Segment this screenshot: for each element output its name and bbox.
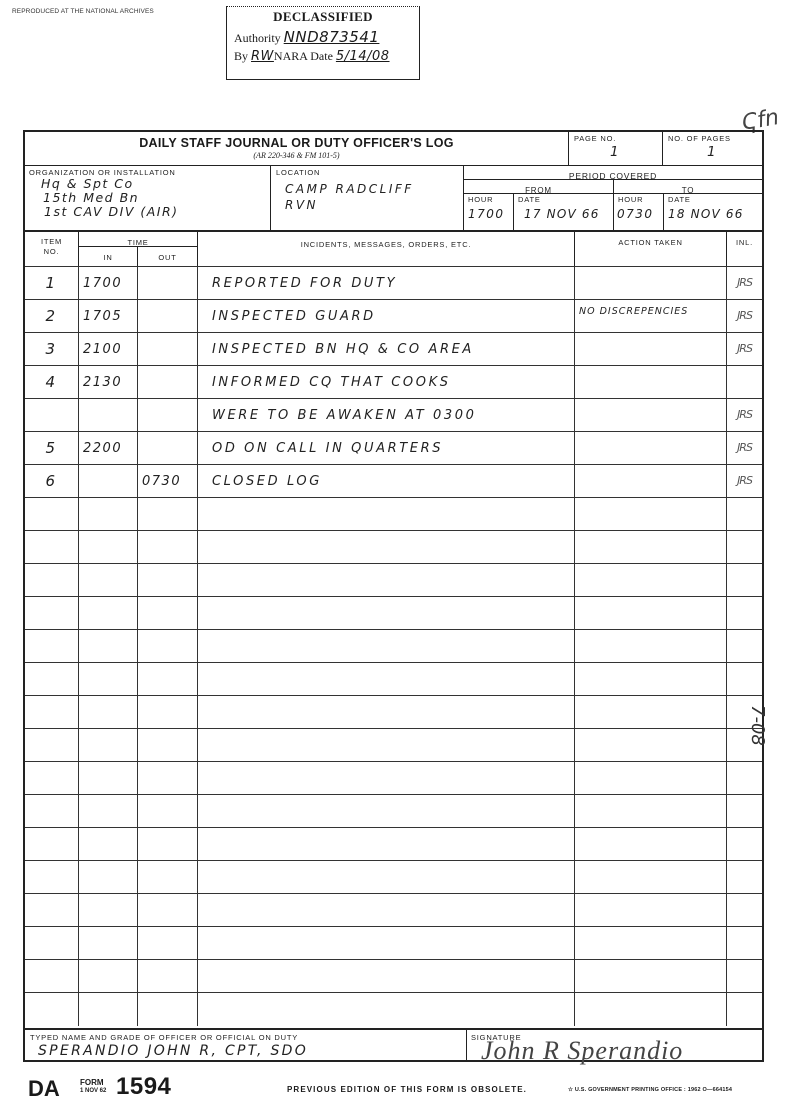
stamp-nara-label: NARA Date [274, 49, 333, 63]
cell-incident-text: INSPECTED BN HQ & CO AREA [212, 342, 474, 357]
cell-item-no [25, 762, 79, 795]
from-header: FROM [464, 180, 614, 194]
col-incidents-label: INCIDENTS, MESSAGES, ORDERS, ETC. [301, 240, 472, 249]
form-number: 1594 [116, 1073, 171, 1101]
cell-initials [727, 828, 762, 861]
declassified-stamp: DECLASSIFIED Authority NND873541 By RWNA… [226, 6, 420, 80]
table-row: 32100INSPECTED BN HQ & CO AREAJRS [25, 332, 762, 365]
cell-item-no [25, 498, 79, 531]
table-row [25, 563, 762, 596]
cell-time-in: 1700 [79, 267, 138, 300]
form-title: DAILY STAFF JOURNAL OR DUTY OFFICER'S LO… [25, 136, 568, 150]
cell-item-no: 1 [25, 267, 79, 300]
cell-incident [198, 663, 575, 696]
cell-time-out [138, 729, 198, 762]
table-row [25, 530, 762, 563]
cell-incident-text: INFORMED CQ THAT COOKS [212, 375, 451, 390]
organization-line: 1st CAV DIV (AIR) [44, 205, 270, 219]
cell-time-out [138, 366, 198, 399]
from-date-label: DATE [518, 195, 613, 204]
cell-action [575, 333, 727, 366]
period-covered-header: PERIOD COVERED [464, 166, 762, 180]
table-row [25, 497, 762, 530]
cell-initials: JRS [727, 465, 762, 498]
cell-action-text: NO DISCREPENCIES [579, 306, 688, 317]
to-hour-value: 0730 [617, 207, 663, 221]
stamp-date-value: 5/14/08 [336, 49, 390, 64]
form-subtitle: (AR 220-346 & FM 101-5) [25, 151, 568, 160]
cell-action [575, 828, 727, 861]
cell-incident-text: REPORTED FOR DUTY [212, 276, 397, 291]
table-row: WERE TO BE AWAKEN AT 0300JRS [25, 398, 762, 431]
cell-initials [727, 531, 762, 564]
col-out-label: OUT [158, 253, 176, 262]
cell-time-in [79, 465, 138, 498]
cell-item-no [25, 399, 79, 432]
cell-initials [727, 630, 762, 663]
cell-time-in: 2130 [79, 366, 138, 399]
table-row [25, 761, 762, 794]
no-of-pages-cell: NO. OF PAGES 1 [663, 132, 762, 166]
signature-value: John R Sperandio [481, 1036, 683, 1066]
cell-time-out [138, 564, 198, 597]
cell-action [575, 894, 727, 927]
cell-incident-text: WERE TO BE AWAKEN AT 0300 [212, 408, 476, 423]
cell-time-out [138, 333, 198, 366]
cell-item-no [25, 894, 79, 927]
organization-line: 15th Med Bn [43, 191, 270, 205]
cell-time-in-text: 1700 [83, 276, 122, 291]
cell-item-no-text: 2 [25, 307, 78, 325]
cell-item-no [25, 531, 79, 564]
col-action-label: ACTION TAKEN [618, 238, 682, 247]
from-date-cell: DATE 17 NOV 66 [514, 194, 614, 230]
cell-action [575, 267, 727, 300]
cell-incident: INFORMED CQ THAT COOKS [198, 366, 575, 399]
cell-time-in [79, 729, 138, 762]
table-row: 52200OD ON CALL IN QUARTERSJRS [25, 431, 762, 464]
cell-time-in [79, 630, 138, 663]
cell-time-out [138, 960, 198, 993]
cell-time-out [138, 894, 198, 927]
col-out: OUT [138, 247, 198, 266]
cell-item-no-text: 1 [25, 274, 78, 292]
form-word: FORM [80, 1079, 106, 1087]
page-no-value: 1 [569, 144, 662, 160]
archive-note: REPRODUCED AT THE NATIONAL ARCHIVES [12, 8, 154, 15]
obsolete-note: PREVIOUS EDITION OF THIS FORM IS OBSOLET… [287, 1085, 527, 1094]
cell-time-in: 1705 [79, 300, 138, 333]
cell-action [575, 432, 727, 465]
cell-initials: JRS [727, 333, 762, 366]
cell-initials [727, 597, 762, 630]
cell-time-in [79, 663, 138, 696]
cell-initials [727, 861, 762, 894]
location-cell: LOCATION CAMP RADCLIFF RVN [271, 166, 464, 230]
stamp-by-value: RW [251, 49, 274, 64]
cell-incident [198, 729, 575, 762]
cell-time-out [138, 300, 198, 333]
cell-item-no [25, 630, 79, 663]
cell-time-in-text: 2100 [83, 342, 122, 357]
cell-time-in [79, 960, 138, 993]
cell-initials: JRS [727, 399, 762, 432]
table-row [25, 893, 762, 926]
cell-incident: INSPECTED BN HQ & CO AREA [198, 333, 575, 366]
to-hour-cell: HOUR 0730 [614, 194, 664, 230]
cell-time-out [138, 498, 198, 531]
no-of-pages-label: NO. OF PAGES [668, 134, 762, 143]
cell-incident [198, 828, 575, 861]
cell-item-no: 4 [25, 366, 79, 399]
cell-item-no [25, 597, 79, 630]
cell-time-in [79, 828, 138, 861]
cell-incident: WERE TO BE AWAKEN AT 0300 [198, 399, 575, 432]
cell-action: NO DISCREPENCIES [575, 300, 727, 333]
table-row [25, 695, 762, 728]
cell-time-in [79, 498, 138, 531]
cell-initials-text: JRS [727, 441, 762, 454]
cell-incident-text: CLOSED LOG [212, 474, 322, 489]
stamp-by-label: By [234, 49, 248, 63]
cell-item-no [25, 564, 79, 597]
col-in: IN [79, 247, 138, 266]
cell-initials-text: JRS [727, 474, 762, 487]
cell-time-out [138, 267, 198, 300]
cell-action [575, 498, 727, 531]
stamp-by-line: By RWNARA Date 5/14/08 [234, 49, 419, 64]
cell-item-no-text: 6 [25, 472, 78, 490]
col-in-label: IN [103, 253, 112, 262]
col-item-no-label: ITEM NO. [35, 237, 69, 257]
cell-time-in-text: 2200 [83, 441, 122, 456]
stamp-authority-value: NND873541 [284, 28, 380, 46]
table-row: 42130INFORMED CQ THAT COOKS [25, 365, 762, 398]
cell-incident [198, 597, 575, 630]
cell-initials: JRS [727, 300, 762, 333]
cell-time-out [138, 993, 198, 1026]
margin-handwritten-mark: 7-08 [747, 705, 768, 746]
cell-time-in-text: 2130 [83, 375, 122, 390]
cell-time-out [138, 432, 198, 465]
organization-line: Hq & Spt Co [41, 177, 270, 191]
cell-time-in [79, 597, 138, 630]
col-incidents: INCIDENTS, MESSAGES, ORDERS, ETC. [198, 232, 575, 266]
form-prefix: DA [28, 1076, 60, 1102]
cell-incident [198, 696, 575, 729]
cell-item-no [25, 960, 79, 993]
cell-item-no [25, 795, 79, 828]
cell-action [575, 630, 727, 663]
cell-incident-text: OD ON CALL IN QUARTERS [212, 441, 443, 456]
cell-incident-text: INSPECTED GUARD [212, 309, 376, 324]
cell-time-out [138, 597, 198, 630]
cell-item-no [25, 663, 79, 696]
typed-name-value: SPERANDIO JOHN R, CPT, SDO [38, 1043, 466, 1059]
to-date-label: DATE [668, 195, 762, 204]
cell-initials [727, 366, 762, 399]
cell-time-out: 0730 [138, 465, 198, 498]
from-hour-value: 1700 [468, 207, 513, 221]
cell-initials: JRS [727, 432, 762, 465]
cell-initials [727, 960, 762, 993]
cell-incident [198, 630, 575, 663]
typed-name-cell: TYPED NAME AND GRADE OF OFFICER OR OFFIC… [25, 1028, 467, 1060]
location-line: CAMP RADCLIFF [285, 181, 463, 198]
cell-action [575, 861, 727, 894]
cell-time-in [79, 399, 138, 432]
col-inl-label: INL. [736, 238, 753, 247]
cell-action [575, 366, 727, 399]
cell-item-no: 6 [25, 465, 79, 498]
cell-item-no [25, 828, 79, 861]
from-hour-cell: HOUR 1700 [464, 194, 514, 230]
cell-incident [198, 795, 575, 828]
to-header: TO [614, 180, 762, 194]
cell-item-no: 5 [25, 432, 79, 465]
stamp-authority-line: Authority NND873541 [234, 28, 419, 46]
cell-action [575, 531, 727, 564]
cell-initials-text: JRS [727, 408, 762, 421]
cell-item-no-text: 3 [25, 340, 78, 358]
cell-incident [198, 927, 575, 960]
cell-time-in [79, 927, 138, 960]
stamp-title: DECLASSIFIED [227, 9, 419, 25]
cell-initials [727, 993, 762, 1026]
cell-item-no: 3 [25, 333, 79, 366]
cell-action [575, 465, 727, 498]
cell-action [575, 960, 727, 993]
cell-item-no [25, 696, 79, 729]
cell-action [575, 729, 727, 762]
cell-initials: JRS [727, 267, 762, 300]
table-row [25, 827, 762, 860]
from-hour-label: HOUR [468, 195, 513, 204]
cell-initials-text: JRS [727, 309, 762, 322]
table-row [25, 596, 762, 629]
table-row: 21705INSPECTED GUARDNO DISCREPENCIESJRS [25, 299, 762, 332]
cell-initials [727, 564, 762, 597]
cell-incident: CLOSED LOG [198, 465, 575, 498]
to-date-value: 18 NOV 66 [668, 207, 762, 221]
col-action: ACTION TAKEN [575, 232, 727, 266]
cell-incident [198, 531, 575, 564]
to-hour-label: HOUR [618, 195, 663, 204]
cell-incident [198, 564, 575, 597]
cell-item-no: 2 [25, 300, 79, 333]
cell-item-no [25, 993, 79, 1026]
cell-initials [727, 927, 762, 960]
cell-time-out [138, 663, 198, 696]
page-no-cell: PAGE NO. 1 [569, 132, 663, 166]
cell-initials [727, 663, 762, 696]
cell-initials [727, 894, 762, 927]
cell-incident: INSPECTED GUARD [198, 300, 575, 333]
stamp-authority-label: Authority [234, 31, 281, 45]
cell-incident [198, 861, 575, 894]
table-row [25, 728, 762, 761]
table-row: 11700REPORTED FOR DUTYJRS [25, 266, 762, 299]
cell-time-out [138, 828, 198, 861]
signature-cell: SIGNATURE John R Sperandio [467, 1028, 762, 1060]
col-time-label: TIME [127, 238, 148, 247]
cell-incident: REPORTED FOR DUTY [198, 267, 575, 300]
cell-initials-text: JRS [727, 276, 762, 289]
cell-incident [198, 993, 575, 1026]
to-date-cell: DATE 18 NOV 66 [664, 194, 762, 230]
cell-action [575, 564, 727, 597]
cell-action [575, 696, 727, 729]
cell-action [575, 663, 727, 696]
cell-time-out [138, 696, 198, 729]
location-label: LOCATION [276, 168, 463, 177]
col-item-no: ITEM NO. [25, 232, 79, 266]
cell-incident [198, 498, 575, 531]
cell-initials-text: JRS [727, 342, 762, 355]
cell-action [575, 399, 727, 432]
col-time: TIME [79, 232, 198, 247]
table-row [25, 959, 762, 992]
cell-time-in: 2100 [79, 333, 138, 366]
cell-time-in [79, 993, 138, 1026]
cell-incident [198, 960, 575, 993]
cell-time-in-text: 1705 [83, 309, 122, 324]
cell-time-out [138, 531, 198, 564]
page-no-label: PAGE NO. [574, 134, 662, 143]
form-date: 1 NOV 62 [80, 1087, 106, 1095]
cell-time-in [79, 762, 138, 795]
organization-cell: ORGANIZATION OR INSTALLATION Hq & Spt Co… [25, 166, 271, 230]
cell-initials [727, 795, 762, 828]
cell-time-in [79, 894, 138, 927]
cell-time-out [138, 795, 198, 828]
location-line: RVN [285, 198, 463, 213]
table-row [25, 629, 762, 662]
cell-time-out [138, 762, 198, 795]
col-inl: INL. [727, 232, 762, 266]
table-row [25, 662, 762, 695]
cell-item-no-text: 5 [25, 439, 78, 457]
cell-action [575, 927, 727, 960]
from-date-value: 17 NOV 66 [524, 207, 613, 221]
cell-time-out [138, 861, 198, 894]
cell-item-no [25, 861, 79, 894]
cell-item-no [25, 927, 79, 960]
cell-time-in [79, 531, 138, 564]
gpo-note: ☆ U.S. GOVERNMENT PRINTING OFFICE : 1962… [568, 1087, 732, 1093]
typed-name-label: TYPED NAME AND GRADE OF OFFICER OR OFFIC… [30, 1033, 466, 1042]
table-row [25, 992, 762, 1025]
cell-time-in: 2200 [79, 432, 138, 465]
cell-item-no [25, 729, 79, 762]
cell-time-in [79, 795, 138, 828]
cell-incident [198, 762, 575, 795]
cell-time-in [79, 564, 138, 597]
table-row [25, 926, 762, 959]
cell-time-in [79, 861, 138, 894]
cell-initials [727, 762, 762, 795]
cell-incident [198, 894, 575, 927]
form-title-block: DAILY STAFF JOURNAL OR DUTY OFFICER'S LO… [25, 132, 569, 166]
cell-time-out [138, 399, 198, 432]
cell-item-no-text: 4 [25, 373, 78, 391]
cell-action [575, 795, 727, 828]
table-row [25, 794, 762, 827]
cell-action [575, 762, 727, 795]
cell-time-out [138, 630, 198, 663]
cell-action [575, 597, 727, 630]
no-of-pages-value: 1 [663, 144, 762, 160]
cell-time-in [79, 696, 138, 729]
duty-log-form: DAILY STAFF JOURNAL OR DUTY OFFICER'S LO… [23, 130, 764, 1062]
cell-initials [727, 498, 762, 531]
cell-action [575, 993, 727, 1026]
form-meta: FORM 1 NOV 62 [80, 1079, 106, 1095]
table-row: 60730CLOSED LOGJRS [25, 464, 762, 497]
cell-incident: OD ON CALL IN QUARTERS [198, 432, 575, 465]
cell-time-out [138, 927, 198, 960]
cell-time-out-text: 0730 [142, 474, 181, 489]
table-row [25, 860, 762, 893]
